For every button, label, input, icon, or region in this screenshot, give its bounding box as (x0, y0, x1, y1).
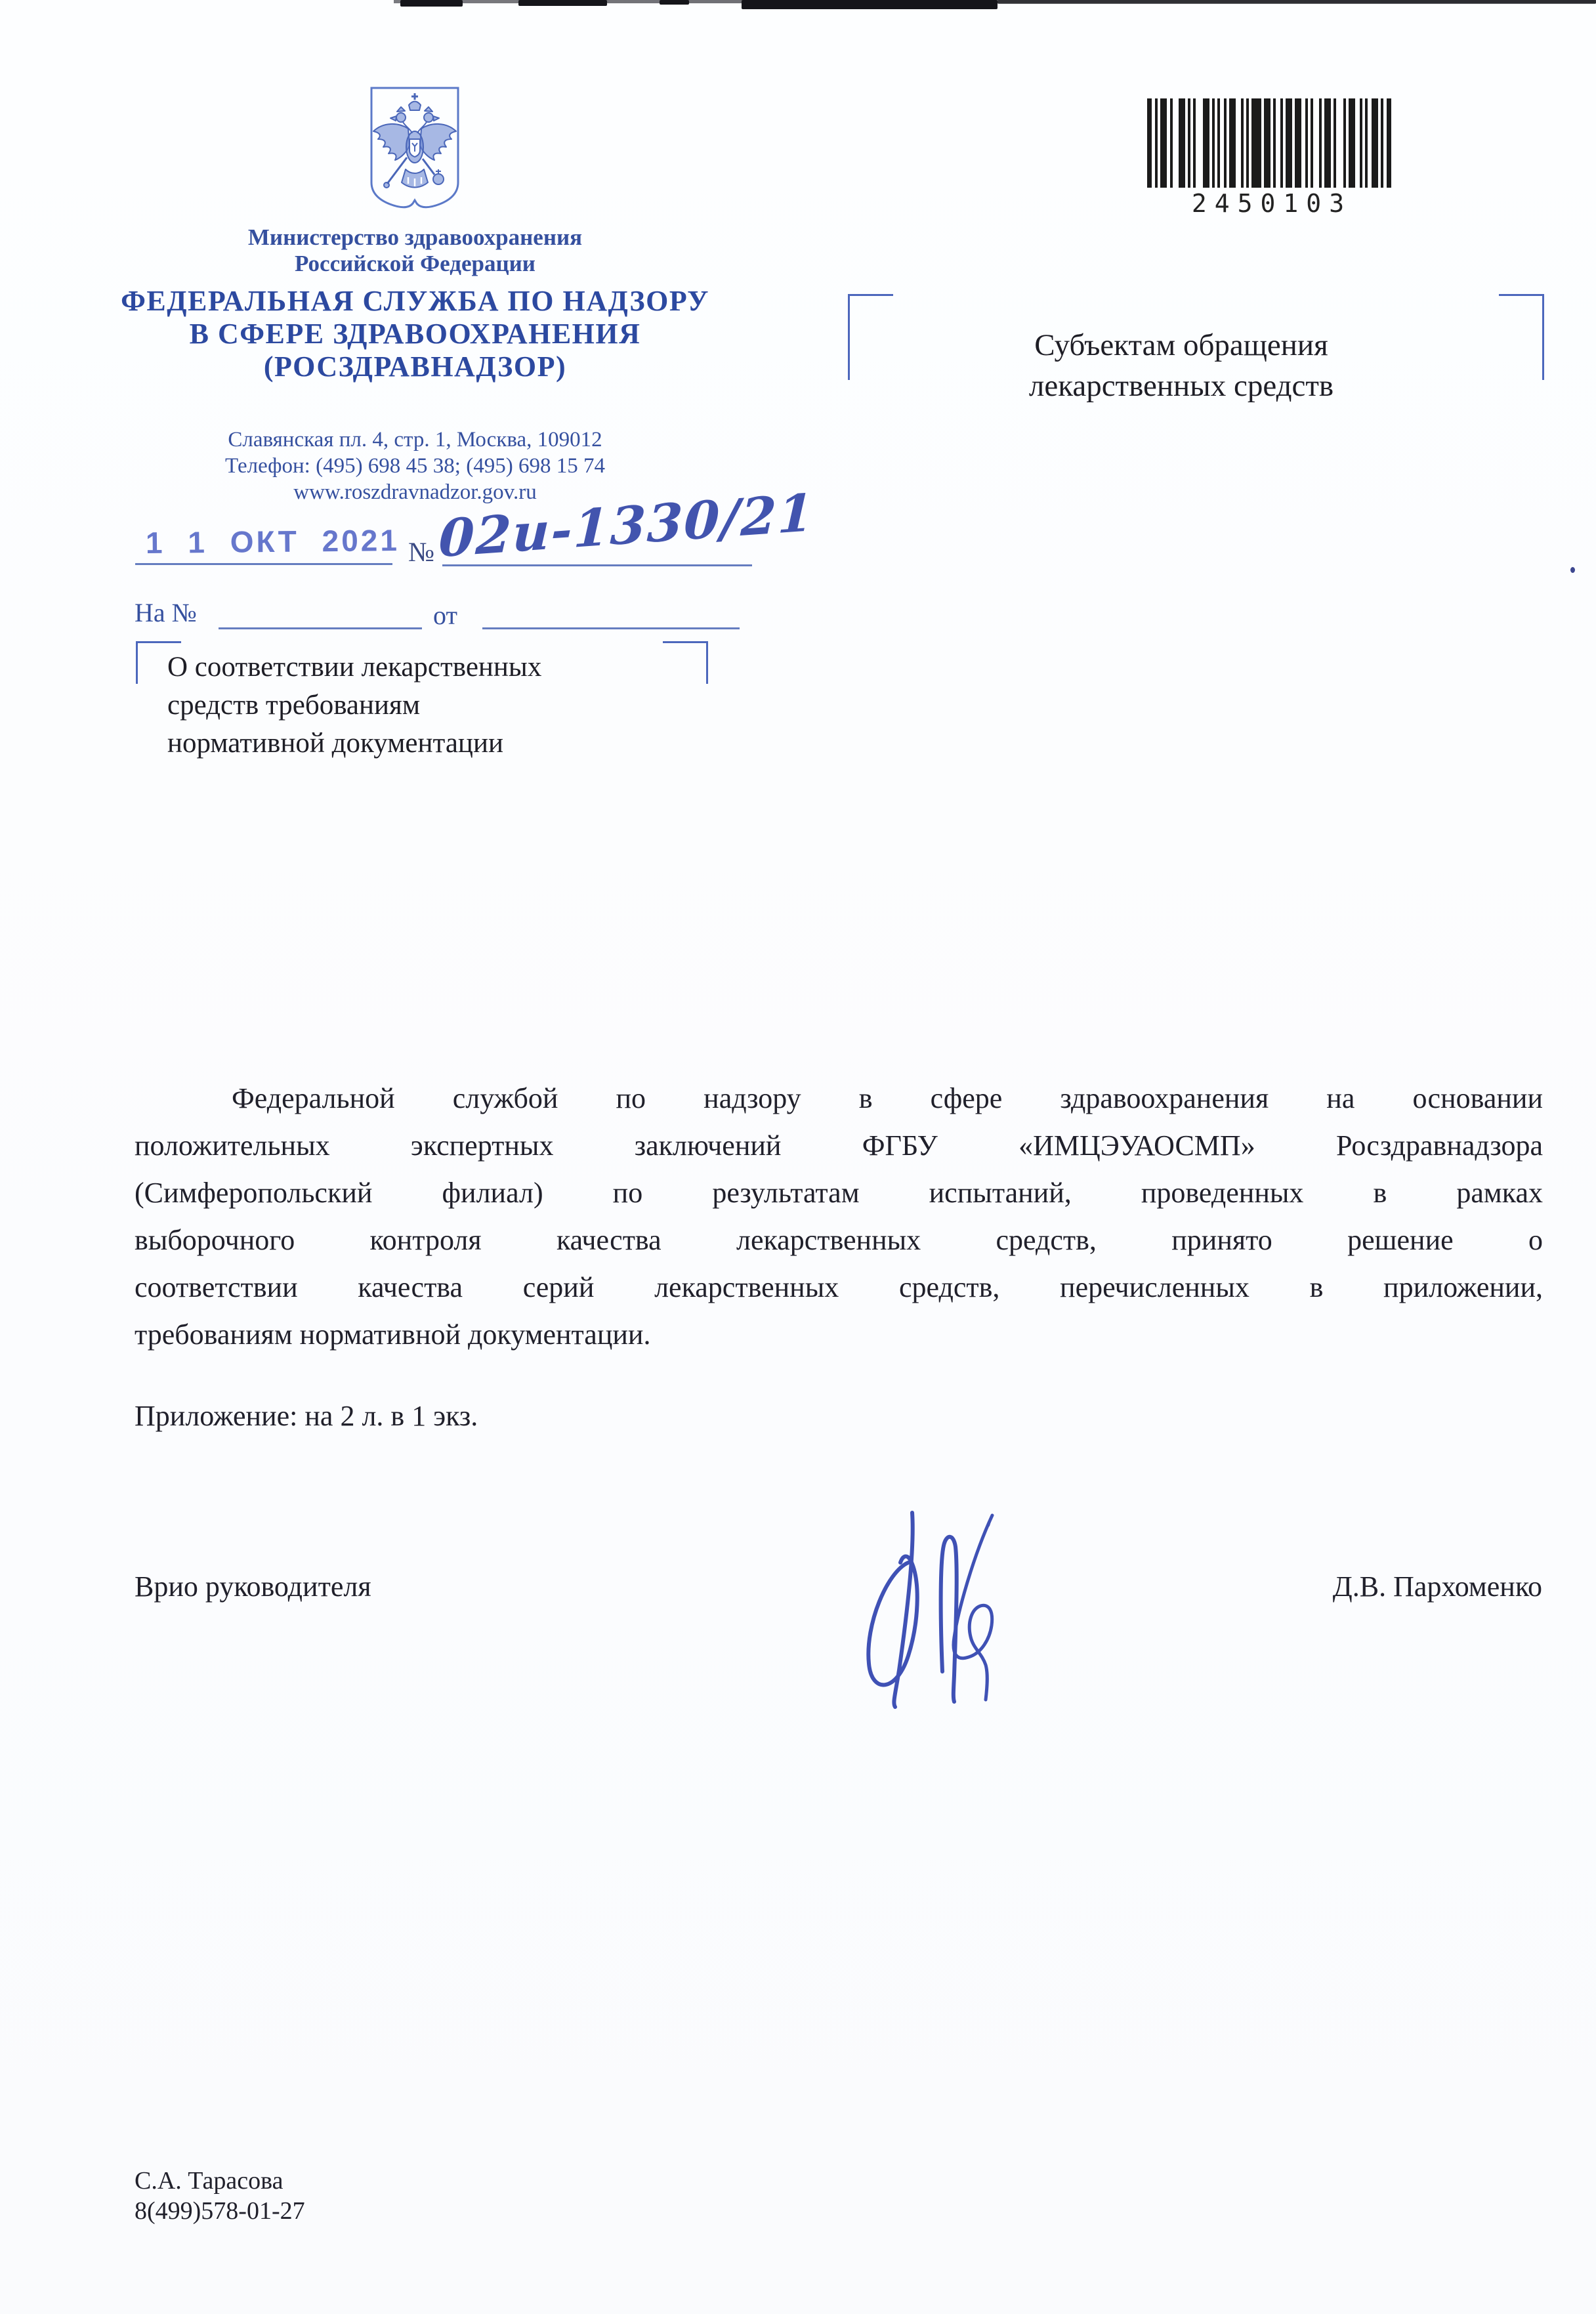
body-line: Федеральной службой по надзору в сфере з… (135, 1075, 1543, 1122)
incoming-number-underline (219, 627, 422, 629)
subject-line: нормативной документации (167, 725, 666, 763)
ink-dot (1570, 567, 1575, 573)
scan-artifact-segment (518, 0, 607, 6)
from-date-underline (482, 627, 740, 629)
outgoing-number-label: № (408, 537, 434, 568)
body-line: соответствии качества серий лекарственны… (135, 1264, 1543, 1311)
ministry-line: Российской Федерации (69, 251, 761, 277)
phone-line: Телефон: (495) 698 45 38; (495) 698 15 7… (69, 453, 761, 479)
service-name: ФЕДЕРАЛЬНАЯ СЛУЖБА ПО НАДЗОРУ В СФЕРЕ ЗД… (66, 285, 765, 383)
date-stamp: 1 1 ОКТ 2021 (146, 522, 400, 560)
from-label: от (433, 600, 457, 631)
service-line: В СФЕРЕ ЗДРАВООХРАНЕНИЯ (66, 318, 765, 350)
service-line: ФЕДЕРАЛЬНАЯ СЛУЖБА ПО НАДЗОРУ (66, 285, 765, 318)
subject-line: средств требованиям (167, 686, 666, 725)
signature-icon (845, 1506, 996, 1710)
attachment-note: Приложение: на 2 л. в 1 экз. (135, 1399, 478, 1433)
date-underline (135, 563, 392, 565)
body-line: положительных экспертных заключений ФГБУ… (135, 1122, 1543, 1169)
barcode-number: 2450103 (1147, 189, 1396, 218)
document-page: Министерство здравоохранения Российской … (0, 0, 1596, 2314)
recipient-line: Субъектам обращения (853, 325, 1509, 366)
executor-name: С.А. Тарасова (135, 2166, 305, 2196)
coat-of-arms-icon (365, 85, 465, 214)
subject-block: О соответствии лекарственных средств тре… (167, 648, 666, 763)
corner-mark-subject-right (663, 641, 708, 684)
signer-name: Д.В. Пархоменко (1214, 1570, 1542, 1603)
body-line: требованиям нормативной документации. (135, 1311, 1543, 1358)
body-line: (Симферопольский филиал) по результатам … (135, 1169, 1543, 1217)
recipient-block: Субъектам обращения лекарственных средст… (853, 325, 1509, 406)
body-line: выборочного контроля качества лекарствен… (135, 1217, 1543, 1264)
barcode-icon (1147, 98, 1396, 188)
executor-block: С.А. Тарасова 8(499)578-01-27 (135, 2166, 305, 2226)
ministry-line: Министерство здравоохранения (69, 224, 761, 251)
scan-artifact-segment (400, 0, 463, 7)
address-line: Славянская пл. 4, стр. 1, Москва, 109012 (69, 427, 761, 453)
incoming-number-label: На № (135, 597, 197, 628)
barcode: 2450103 (1147, 98, 1396, 218)
executor-phone: 8(499)578-01-27 (135, 2196, 305, 2226)
recipient-line: лекарственных средств (853, 366, 1509, 406)
signer-position: Врио руководителя (135, 1570, 371, 1603)
scan-artifact-segment (742, 0, 997, 9)
scan-artifact-segment (660, 0, 689, 5)
service-line: (РОСЗДРАВНАДЗОР) (66, 350, 765, 383)
number-underline (442, 564, 752, 566)
body-paragraph: Федеральной службой по надзору в сфере з… (135, 1075, 1543, 1358)
subject-line: О соответствии лекарственных (167, 648, 666, 686)
ministry-name: Министерство здравоохранения Российской … (69, 224, 761, 277)
scan-artifact-segment (997, 0, 1596, 4)
